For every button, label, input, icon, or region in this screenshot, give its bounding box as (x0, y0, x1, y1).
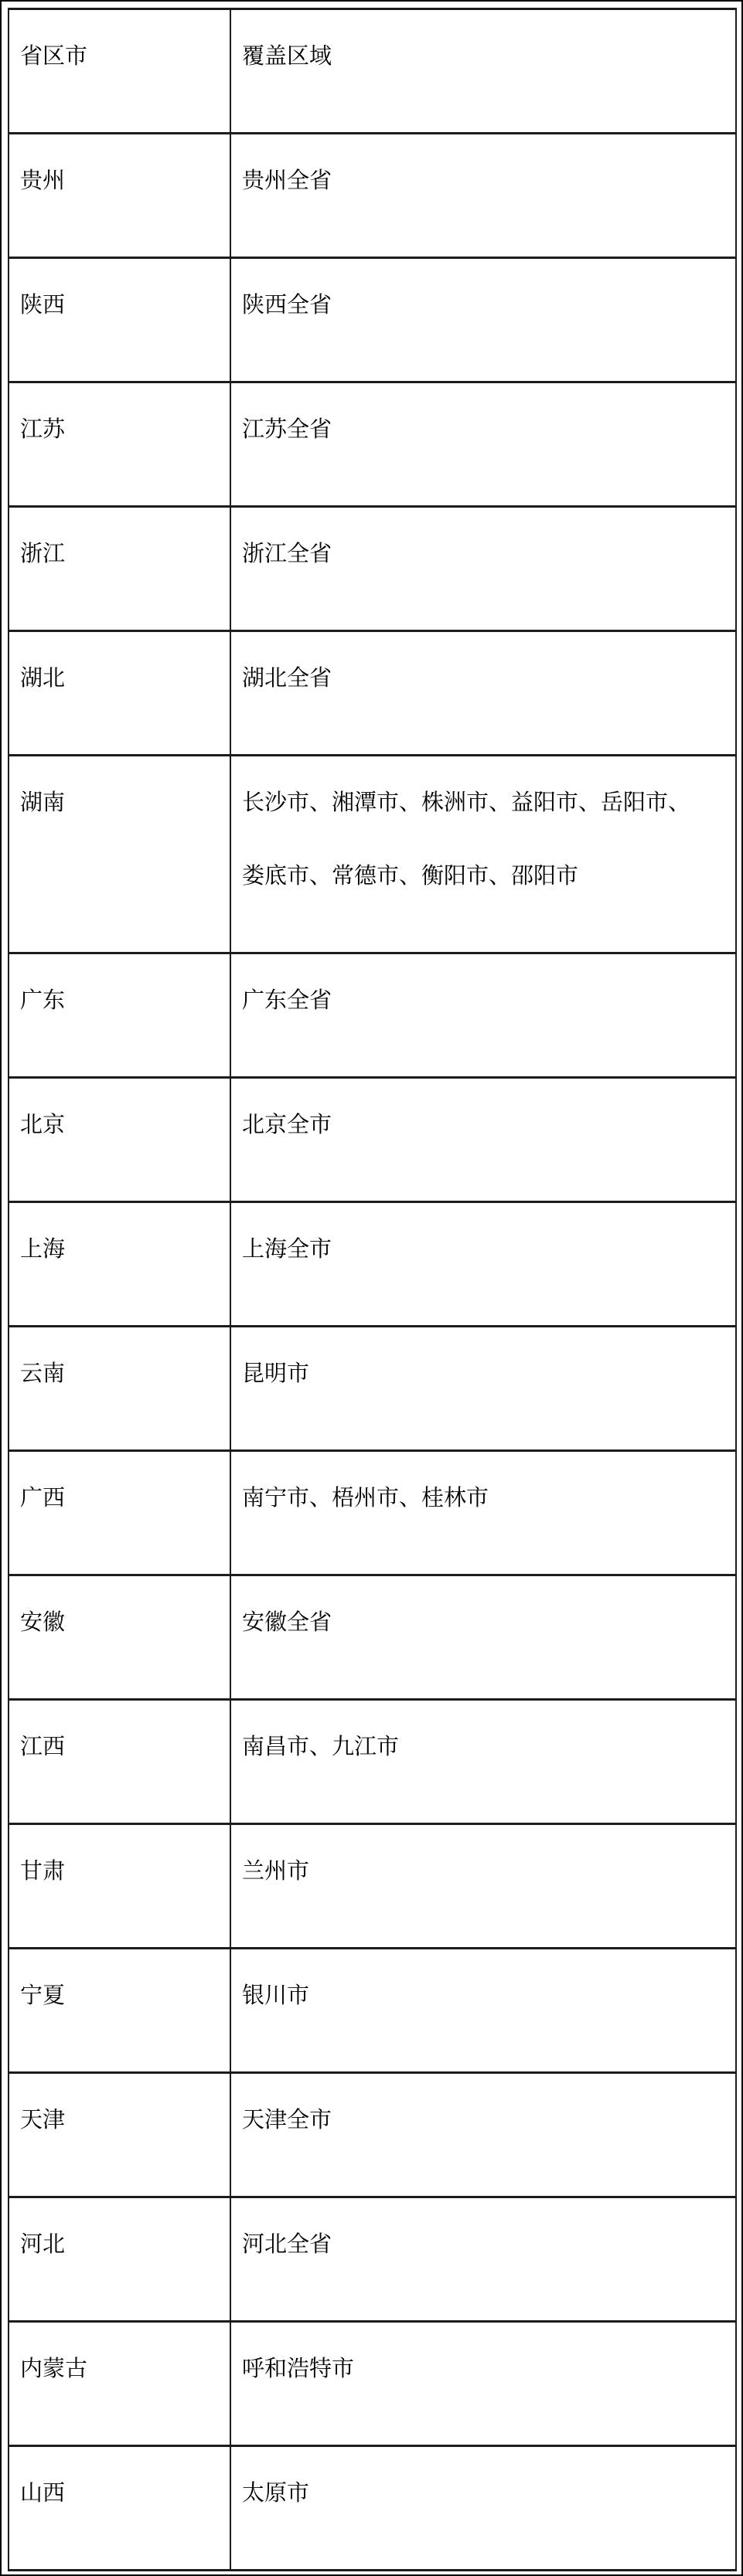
province-cell: 陕西 (9, 258, 230, 382)
province-cell: 宁夏 (9, 1949, 230, 2073)
table-row: 内蒙古 呼和浩特市 (9, 2322, 736, 2446)
coverage-table-container: 省区市 覆盖区域 贵州 贵州全省 陕西 陕西全省 江苏 江苏全省 浙江 浙江全省… (2, 2, 741, 2571)
table-row: 广西 南宁市、梧州市、桂林市 (9, 1451, 736, 1575)
coverage-cell: 银川市 (230, 1949, 736, 2073)
province-cell: 江苏 (9, 382, 230, 507)
coverage-cell: 贵州全省 (230, 134, 736, 258)
coverage-table: 省区市 覆盖区域 贵州 贵州全省 陕西 陕西全省 江苏 江苏全省 浙江 浙江全省… (8, 8, 737, 2571)
table-row: 天津 天津全市 (9, 2073, 736, 2197)
coverage-cell: 呼和浩特市 (230, 2322, 736, 2446)
province-cell: 河北 (9, 2197, 230, 2322)
coverage-cell: 兰州市 (230, 1824, 736, 1949)
province-cell: 湖北 (9, 631, 230, 756)
province-cell: 广西 (9, 1451, 230, 1575)
province-cell: 山西 (9, 2446, 230, 2571)
province-cell: 云南 (9, 1327, 230, 1451)
province-cell: 贵州 (9, 134, 230, 258)
coverage-cell: 陕西全省 (230, 258, 736, 382)
table-row: 陕西 陕西全省 (9, 258, 736, 382)
table-row: 江西 南昌市、九江市 (9, 1700, 736, 1824)
table-row: 江苏 江苏全省 (9, 382, 736, 507)
table-row: 河北 河北全省 (9, 2197, 736, 2322)
province-cell: 湖南 (9, 756, 230, 953)
table-row: 上海 上海全市 (9, 1202, 736, 1327)
province-cell: 内蒙古 (9, 2322, 230, 2446)
coverage-cell: 湖北全省 (230, 631, 736, 756)
coverage-cell: 上海全市 (230, 1202, 736, 1327)
coverage-cell: 广东全省 (230, 953, 736, 1078)
coverage-cell: 长沙市、湘潭市、株洲市、益阳市、岳阳市、 娄底市、常德市、衡阳市、邵阳市 (230, 756, 736, 953)
table-row: 广东 广东全省 (9, 953, 736, 1078)
table-row: 浙江 浙江全省 (9, 507, 736, 631)
province-header-cell: 省区市 (9, 9, 230, 134)
province-cell: 天津 (9, 2073, 230, 2197)
table-row: 安徽 安徽全省 (9, 1575, 736, 1700)
province-cell: 北京 (9, 1078, 230, 1202)
table-row: 宁夏 银川市 (9, 1949, 736, 2073)
table-row: 云南 昆明市 (9, 1327, 736, 1451)
table-row: 甘肃 兰州市 (9, 1824, 736, 1949)
coverage-cell: 安徽全省 (230, 1575, 736, 1700)
coverage-cell: 浙江全省 (230, 507, 736, 631)
province-cell: 安徽 (9, 1575, 230, 1700)
table-row: 湖北 湖北全省 (9, 631, 736, 756)
coverage-cell: 南宁市、梧州市、桂林市 (230, 1451, 736, 1575)
coverage-cell: 昆明市 (230, 1327, 736, 1451)
coverage-header-cell: 覆盖区域 (230, 9, 736, 134)
table-row: 北京 北京全市 (9, 1078, 736, 1202)
province-cell: 江西 (9, 1700, 230, 1824)
table-row: 湖南 长沙市、湘潭市、株洲市、益阳市、岳阳市、 娄底市、常德市、衡阳市、邵阳市 (9, 756, 736, 953)
province-cell: 上海 (9, 1202, 230, 1327)
header-row: 省区市 覆盖区域 (9, 9, 736, 134)
province-cell: 广东 (9, 953, 230, 1078)
coverage-cell: 南昌市、九江市 (230, 1700, 736, 1824)
coverage-cell: 江苏全省 (230, 382, 736, 507)
table-row: 贵州 贵州全省 (9, 134, 736, 258)
coverage-cell: 北京全市 (230, 1078, 736, 1202)
coverage-cell: 河北全省 (230, 2197, 736, 2322)
table-row: 山西 太原市 (9, 2446, 736, 2571)
province-cell: 甘肃 (9, 1824, 230, 1949)
coverage-cell: 太原市 (230, 2446, 736, 2571)
province-cell: 浙江 (9, 507, 230, 631)
coverage-cell: 天津全市 (230, 2073, 736, 2197)
